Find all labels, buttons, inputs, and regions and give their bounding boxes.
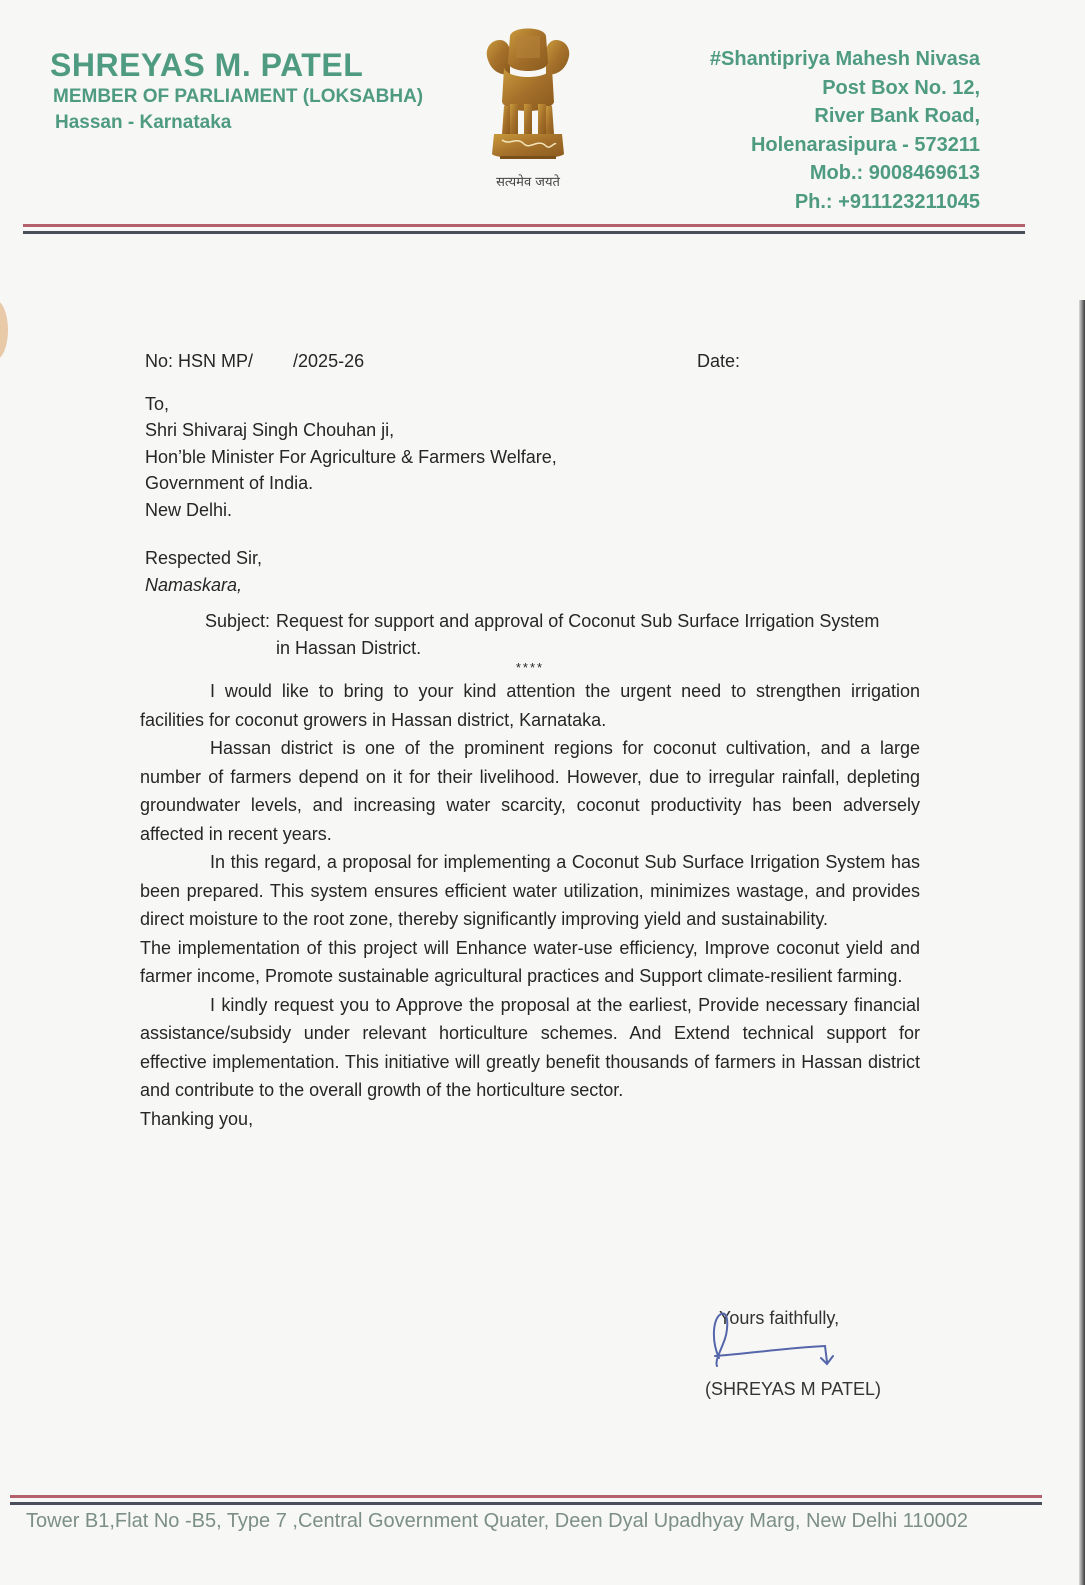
paragraph: Hassan district is one of the prominent … [140, 734, 920, 848]
phone-number: Ph.: +911123211045 [710, 188, 980, 217]
handwritten-signature-icon [705, 1300, 855, 1375]
footer-rule-red [10, 1495, 1042, 1498]
recipient-city: New Delhi. [145, 497, 920, 524]
greeting: Respected Sir, [145, 545, 920, 572]
recipient-title: Hon’ble Minister For Agriculture & Farme… [145, 444, 920, 471]
sender-name: SHREYAS M. PATEL [50, 48, 423, 82]
recipient-to: To, [145, 391, 920, 418]
paragraph: The implementation of this project will … [140, 934, 920, 991]
signee-name: (SHREYAS M PATEL) [705, 1379, 925, 1400]
header-rule-red [23, 224, 1025, 227]
address-line: #Shantipriya Mahesh Nivasa [710, 45, 980, 74]
subject-label: Subject: [205, 608, 270, 661]
national-emblem: सत्यमेव जयते [478, 22, 578, 192]
national-emblem-icon [480, 22, 576, 170]
letterhead-left: SHREYAS M. PATEL MEMBER OF PARLIAMENT (L… [50, 48, 423, 134]
emblem-motto: सत्यमेव जयते [478, 172, 578, 190]
paragraph: I would like to bring to your kind atten… [140, 677, 920, 734]
address-line: Holenarasipura - 573211 [710, 131, 980, 160]
body-paragraphs: I would like to bring to your kind atten… [140, 677, 920, 1133]
footer-rule-dark [10, 1502, 1042, 1505]
address-line: River Bank Road, [710, 102, 980, 131]
reference-line: No: HSN MP//2025-26 Date: [145, 348, 740, 375]
reference-number: No: HSN MP//2025-26 [145, 348, 364, 375]
subject-separator: **** [140, 659, 920, 677]
signature-block: Yours faithfully, (SHREYAS M PATEL) [705, 1308, 925, 1400]
recipient-block: To, Shri Shivaraj Singh Chouhan ji, Hon’… [145, 391, 920, 524]
namaskara: Namaskara, [145, 572, 920, 599]
mobile-number: Mob.: 9008469613 [710, 159, 980, 188]
subject-line: Subject: Request for support and approva… [205, 608, 920, 661]
paper-edge-shadow [1079, 300, 1085, 1585]
closing: Thanking you, [140, 1105, 920, 1134]
sender-constituency: Hassan - Karnataka [55, 112, 423, 134]
finger-edge [0, 300, 8, 360]
address-line: Post Box No. 12, [710, 74, 980, 103]
reference-suffix: /2025-26 [293, 351, 364, 371]
date-label: Date: [697, 348, 740, 375]
letter-body: No: HSN MP//2025-26 Date: To, Shri Shiva… [140, 348, 920, 1133]
footer-address: Tower B1,Flat No -B5, Type 7 ,Central Go… [26, 1510, 968, 1533]
subject-text: Request for support and approval of Coco… [276, 608, 896, 661]
sender-role: MEMBER OF PARLIAMENT (LOKSABHA) [53, 86, 423, 108]
recipient-name: Shri Shivaraj Singh Chouhan ji, [145, 417, 920, 444]
paragraph: I kindly request you to Approve the prop… [140, 991, 920, 1105]
salutation: Respected Sir, Namaskara, [145, 545, 920, 598]
paragraph: In this regard, a proposal for implement… [140, 848, 920, 934]
reference-prefix: No: HSN MP/ [145, 351, 253, 371]
recipient-org: Government of India. [145, 470, 920, 497]
letterhead-address: #Shantipriya Mahesh Nivasa Post Box No. … [710, 45, 980, 216]
header-rule-dark [23, 231, 1025, 234]
